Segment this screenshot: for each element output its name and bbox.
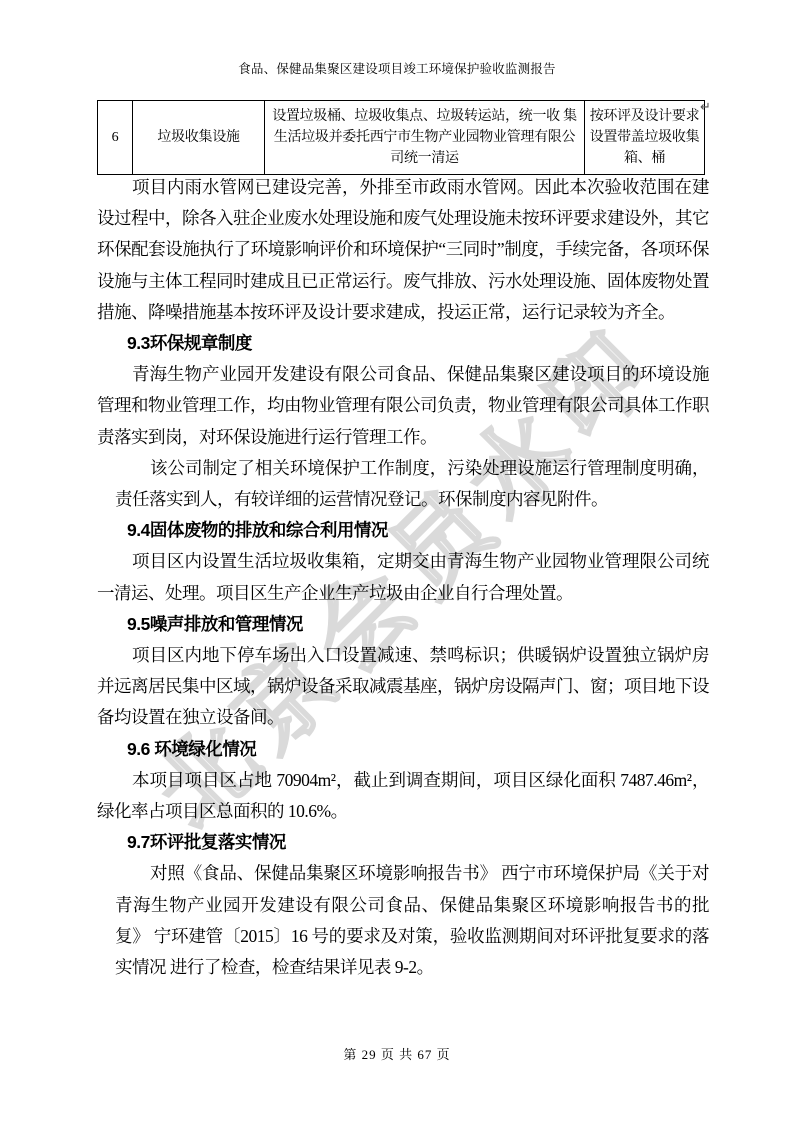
section-paragraph: 该公司制定了相关环境保护工作制度，污染处理设施运行管理制度明确，责任落实到人，有… <box>115 453 709 515</box>
table-row: 6 垃圾收集设施 设置垃圾桶、垃圾收集点、垃圾转运站，统一收 集生活垃圾并委托西… <box>98 101 705 175</box>
table-cell-row-number: 6 <box>98 101 133 175</box>
page-header-title: 食品、保健品集聚区建设项目竣工环境保护验收监测报告 <box>0 59 794 77</box>
section-9-7: 9.7环评批复落实情况 对照《食品、保健品集聚区环境影响报告书》 西宁市环境保护… <box>97 827 709 983</box>
section-paragraph: 青海生物产业园开发建设有限公司食品、保健品集聚区建设项目的环境设施管理和物业管理… <box>97 359 709 453</box>
intro-paragraph: 项目内雨水管网已建设完善，外排至市政雨水管网。因此本次验收范围在建设过程中，除各… <box>97 172 709 328</box>
table-cell-facility-description: 设置垃圾桶、垃圾收集点、垃圾转运站，统一收 集生活垃圾并委托西宁市生物产业园物业… <box>265 101 585 175</box>
section-heading: 9.4固体废物的排放和综合利用情况 <box>97 515 709 546</box>
table-cell-design-requirement: 按环评及设计要求设置带盖垃圾收集箱、桶 <box>585 101 705 175</box>
section-heading: 9.5噪声排放和管理情况 <box>97 609 709 640</box>
line-break-mark-icon: ↵ <box>700 100 711 115</box>
section-paragraph: 对照《食品、保健品集聚区环境影响报告书》 西宁市环境保护局《关于对青海生物产业园… <box>115 858 709 983</box>
section-paragraph: 项目区内地下停车场出入口设置减速、禁鸣标识；供暖锅炉设置独立锅炉房并远离居民集中… <box>97 640 709 734</box>
section-9-4: 9.4固体废物的排放和综合利用情况 项目区内设置生活垃圾收集箱，定期交由青海生物… <box>97 515 709 609</box>
table-cell-facility-name: 垃圾收集设施 <box>133 101 265 175</box>
section-heading: 9.3环保规章制度 <box>97 328 709 359</box>
section-paragraph: 本项目项目区占地 70904m²，截止到调查期间，项目区绿化面积 7487.46… <box>97 765 709 827</box>
section-heading: 9.7环评批复落实情况 <box>97 827 709 858</box>
page-number-footer: 第 29 页 共 67 页 <box>0 1044 794 1063</box>
section-9-6: 9.6 环境绿化情况 本项目项目区占地 70904m²，截止到调查期间，项目区绿… <box>97 734 709 828</box>
report-page: 北京会员水印 食品、保健品集聚区建设项目竣工环境保护验收监测报告 ↵ 6 垃圾收… <box>0 0 794 1122</box>
section-heading: 9.6 环境绿化情况 <box>97 734 709 765</box>
epa-requirements-table: 6 垃圾收集设施 设置垃圾桶、垃圾收集点、垃圾转运站，统一收 集生活垃圾并委托西… <box>97 100 705 175</box>
document-body: 项目内雨水管网已建设完善，外排至市政雨水管网。因此本次验收范围在建设过程中，除各… <box>97 172 709 983</box>
section-9-3: 9.3环保规章制度 青海生物产业园开发建设有限公司食品、保健品集聚区建设项目的环… <box>97 328 709 515</box>
section-9-5: 9.5噪声排放和管理情况 项目区内地下停车场出入口设置减速、禁鸣标识；供暖锅炉设… <box>97 609 709 734</box>
section-paragraph: 项目区内设置生活垃圾收集箱，定期交由青海生物产业园物业管理限公司统一清运、处理。… <box>97 546 709 608</box>
